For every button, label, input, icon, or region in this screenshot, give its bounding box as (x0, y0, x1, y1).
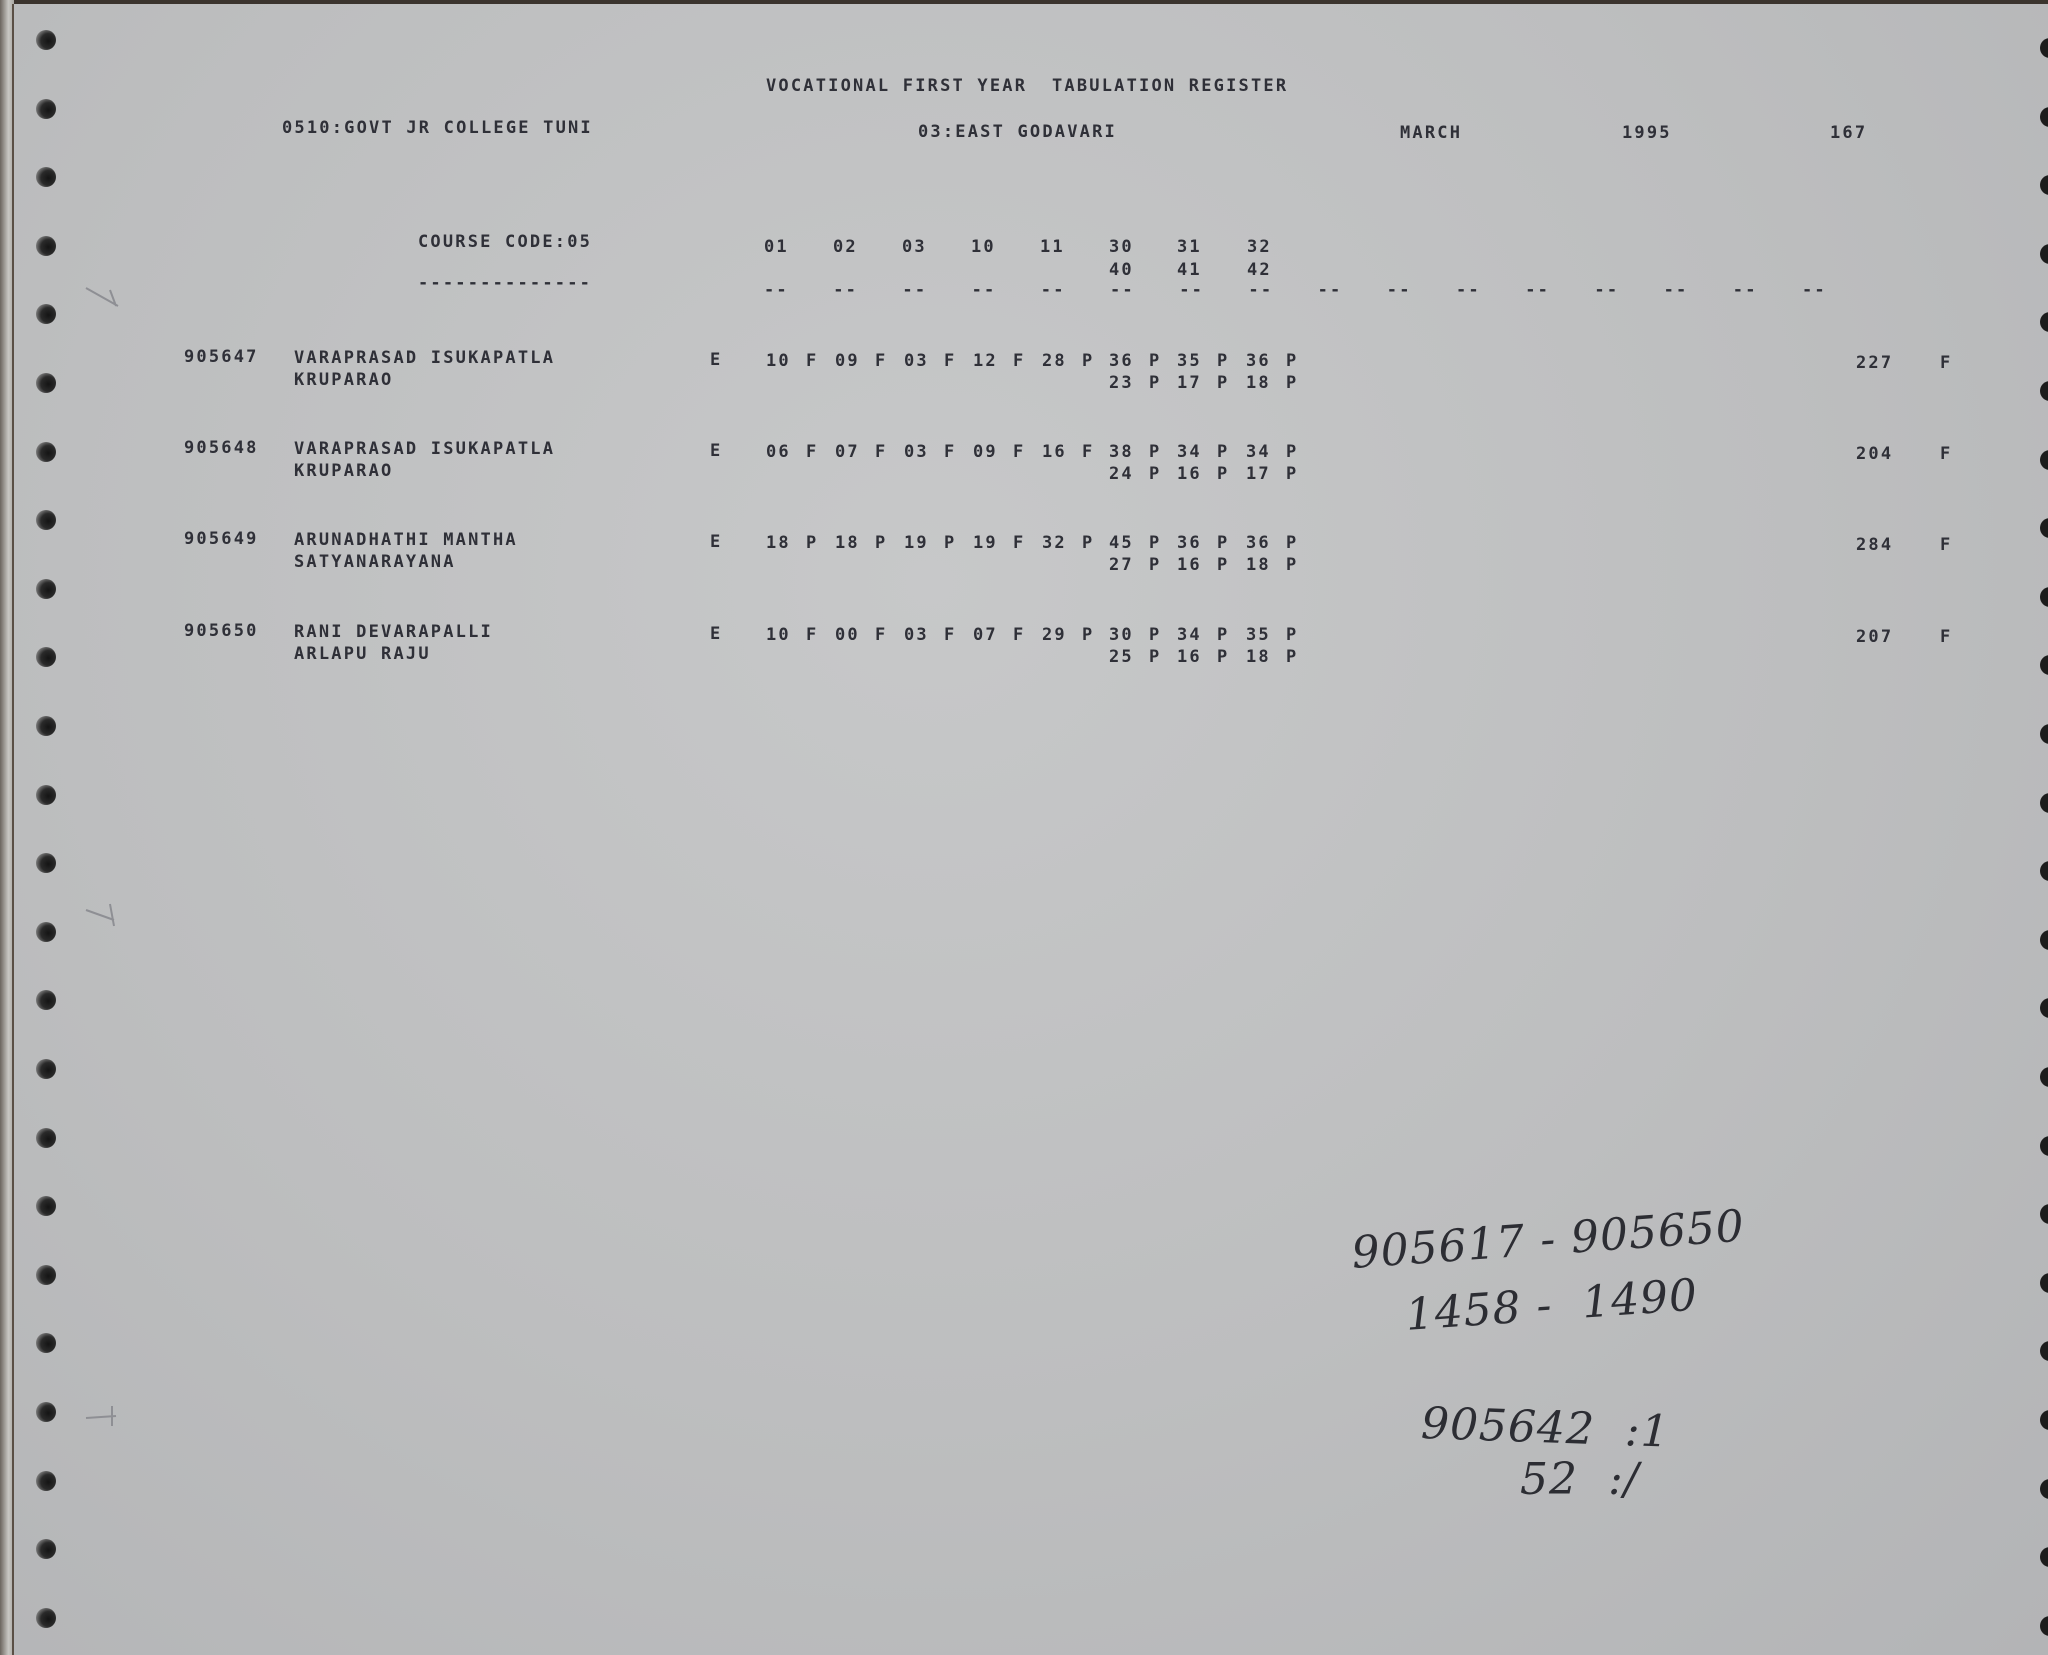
feed-hole (2040, 724, 2048, 744)
subject-mark: 34 (1246, 442, 1271, 462)
subject-mark: 35 (1177, 351, 1202, 371)
feed-hole (2040, 175, 2048, 195)
column-separator: -- (902, 280, 927, 300)
feed-hole (36, 167, 56, 187)
subject-result: P (1217, 625, 1229, 645)
subject-result: P (1286, 373, 1298, 393)
feed-hole (36, 510, 56, 530)
subject-mark: 07 (835, 442, 860, 462)
subject-result: P (1217, 373, 1229, 393)
subject-result: F (1013, 442, 1025, 462)
student-name: ARUNADHATHI MANTHA (294, 530, 518, 550)
subject-mark: 38 (1109, 442, 1134, 462)
subject-result: P (875, 533, 887, 553)
subject-code: 02 (833, 237, 858, 257)
feed-hole (36, 1402, 56, 1422)
subject-result: P (1149, 555, 1161, 575)
subject-result: P (1149, 533, 1161, 553)
district-name: 03:EAST GODAVARI (918, 122, 1117, 142)
course-code-underline: -------------- (418, 273, 592, 293)
subject-mark: 23 (1109, 373, 1134, 393)
feed-hole (36, 442, 56, 462)
subject-result: F (806, 442, 818, 462)
subject-mark: 18 (1246, 647, 1271, 667)
feed-hole (2040, 1204, 2048, 1224)
subject-result: P (1149, 464, 1161, 484)
feed-hole (2040, 244, 2048, 264)
student-name: VARAPRASAD ISUKAPATLA (294, 439, 555, 459)
subject-mark: 30 (1109, 625, 1134, 645)
subject-code: 41 (1177, 260, 1202, 280)
feed-hole (36, 579, 56, 599)
subject-result: F (944, 442, 956, 462)
subject-mark: 18 (1246, 555, 1271, 575)
subject-mark: 16 (1177, 464, 1202, 484)
feed-hole (36, 30, 56, 50)
handwritten-note-line2: 52 :/ (1520, 1454, 1640, 1505)
subject-code: 01 (764, 237, 789, 257)
column-separator: -- (972, 280, 997, 300)
father-name: SATYANARAYANA (294, 552, 456, 572)
total-marks: 204 (1856, 444, 1893, 464)
subject-code: 40 (1109, 260, 1134, 280)
feed-hole (2040, 930, 2048, 950)
subject-mark: 00 (835, 625, 860, 645)
subject-mark: 16 (1042, 442, 1067, 462)
subject-mark: 09 (973, 442, 998, 462)
column-separator: -- (833, 280, 858, 300)
subject-mark: 18 (766, 533, 791, 553)
feed-hole (2040, 312, 2048, 332)
father-name: KRUPARAO (294, 370, 393, 390)
subject-mark: 16 (1177, 647, 1202, 667)
subject-result: P (1149, 625, 1161, 645)
medium: E (710, 350, 722, 370)
subject-result: P (944, 533, 956, 553)
column-separator: -- (1110, 280, 1135, 300)
subject-result: F (875, 442, 887, 462)
subject-mark: 03 (904, 625, 929, 645)
subject-mark: 34 (1177, 625, 1202, 645)
subject-result: P (1217, 442, 1229, 462)
subject-code: 31 (1177, 237, 1202, 257)
subject-result: F (875, 625, 887, 645)
feed-hole (2040, 587, 2048, 607)
subject-mark: 36 (1246, 351, 1271, 371)
father-name: ARLAPU RAJU (294, 644, 431, 664)
column-separator: -- (1802, 280, 1827, 300)
handwritten-roll-range: 905617 - 905650 (1350, 1201, 1746, 1279)
column-separator: -- (1387, 280, 1412, 300)
subject-mark: 32 (1042, 533, 1067, 553)
column-separator: -- (1664, 280, 1689, 300)
feed-hole (36, 647, 56, 667)
roll-number: 905649 (184, 529, 259, 549)
subject-result: F (806, 351, 818, 371)
feed-hole (36, 716, 56, 736)
subject-mark: 10 (766, 351, 791, 371)
subject-mark: 03 (904, 442, 929, 462)
page-number: 167 (1830, 123, 1867, 143)
feed-hole (36, 853, 56, 873)
subject-mark: 35 (1246, 625, 1271, 645)
subject-result: P (1286, 351, 1298, 371)
roll-number: 905648 (184, 438, 259, 458)
medium: E (710, 624, 722, 644)
subject-mark: 24 (1109, 464, 1134, 484)
feed-hole (2040, 1479, 2048, 1499)
subject-mark: 36 (1246, 533, 1271, 553)
subject-result: P (1286, 533, 1298, 553)
subject-mark: 25 (1109, 647, 1134, 667)
feed-hole (2040, 450, 2048, 470)
feed-hole (2040, 1273, 2048, 1293)
subject-result: P (1149, 351, 1161, 371)
subject-result: P (1217, 464, 1229, 484)
pencil-mark (84, 902, 124, 932)
subject-result: P (1082, 351, 1094, 371)
student-name: RANI DEVARAPALLI (294, 622, 493, 642)
exam-month: MARCH (1400, 123, 1462, 143)
final-result: F (1940, 627, 1952, 647)
subject-mark: 17 (1177, 373, 1202, 393)
subject-result: P (1217, 555, 1229, 575)
feed-hole (36, 236, 56, 256)
subject-mark: 29 (1042, 625, 1067, 645)
roll-number: 905647 (184, 347, 259, 367)
subject-result: P (1149, 373, 1161, 393)
column-separator: -- (764, 280, 789, 300)
student-name: VARAPRASAD ISUKAPATLA (294, 348, 555, 368)
total-marks: 284 (1856, 535, 1893, 555)
medium: E (710, 532, 722, 552)
register-title: VOCATIONAL FIRST YEAR TABULATION REGISTE… (766, 76, 1288, 96)
subject-mark: 16 (1177, 555, 1202, 575)
column-separator: -- (1318, 280, 1343, 300)
subject-result: P (1286, 625, 1298, 645)
subject-code: 11 (1040, 237, 1065, 257)
subject-mark: 18 (835, 533, 860, 553)
subject-mark: 19 (973, 533, 998, 553)
subject-code: 32 (1247, 237, 1272, 257)
feed-hole (2040, 1547, 2048, 1567)
feed-hole (36, 1059, 56, 1079)
handwritten-number-range: 1458 - 1490 (1404, 1270, 1700, 1341)
subject-result: P (1149, 442, 1161, 462)
subject-result: P (1217, 351, 1229, 371)
feed-hole (36, 1196, 56, 1216)
feed-hole (36, 373, 56, 393)
feed-hole (2040, 1067, 2048, 1087)
subject-mark: 28 (1042, 351, 1067, 371)
subject-result: P (1082, 625, 1094, 645)
column-separator: -- (1456, 280, 1481, 300)
father-name: KRUPARAO (294, 461, 393, 481)
subject-code: 42 (1247, 260, 1272, 280)
subject-mark: 36 (1177, 533, 1202, 553)
feed-hole (2040, 381, 2048, 401)
feed-hole (36, 1128, 56, 1148)
pencil-mark (84, 1402, 124, 1432)
subject-mark: 36 (1109, 351, 1134, 371)
subject-mark: 19 (904, 533, 929, 553)
column-separator: -- (1179, 280, 1204, 300)
subject-result: P (1217, 533, 1229, 553)
feed-hole (2040, 518, 2048, 538)
subject-mark: 17 (1246, 464, 1271, 484)
feed-hole (2040, 998, 2048, 1018)
subject-result: F (1082, 442, 1094, 462)
subject-result: P (1217, 647, 1229, 667)
final-result: F (1940, 535, 1952, 555)
college-name: 0510:GOVT JR COLLEGE TUNI (282, 118, 593, 138)
column-separator: -- (1248, 280, 1273, 300)
subject-code: 03 (902, 237, 927, 257)
feed-hole (2040, 655, 2048, 675)
subject-result: P (1286, 464, 1298, 484)
subject-result: P (806, 533, 818, 553)
feed-hole (2040, 1410, 2048, 1430)
subject-result: P (1286, 555, 1298, 575)
feed-hole (36, 1608, 56, 1628)
feed-hole (2040, 1136, 2048, 1156)
subject-code: 30 (1109, 237, 1134, 257)
exam-year: 1995 (1622, 123, 1672, 143)
subject-code: 10 (971, 237, 996, 257)
subject-result: F (944, 351, 956, 371)
medium: E (710, 441, 722, 461)
course-code: COURSE CODE:05 (418, 232, 592, 252)
roll-number: 905650 (184, 621, 259, 641)
subject-result: P (1286, 442, 1298, 462)
subject-mark: 06 (766, 442, 791, 462)
column-separator: -- (1041, 280, 1066, 300)
column-separator: -- (1733, 280, 1758, 300)
feed-hole (36, 1333, 56, 1353)
final-result: F (1940, 353, 1952, 373)
subject-result: P (1286, 647, 1298, 667)
subject-mark: 03 (904, 351, 929, 371)
subject-result: F (1013, 351, 1025, 371)
handwritten-note-line1: 905642 :1 (1420, 1398, 1670, 1458)
subject-mark: 07 (973, 625, 998, 645)
subject-result: F (806, 625, 818, 645)
column-separator: -- (1525, 280, 1550, 300)
subject-mark: 45 (1109, 533, 1134, 553)
feed-hole (36, 990, 56, 1010)
total-marks: 227 (1856, 353, 1893, 373)
tabulation-sheet: VOCATIONAL FIRST YEAR TABULATION REGISTE… (12, 4, 2048, 1655)
subject-mark: 18 (1246, 373, 1271, 393)
subject-result: P (1082, 533, 1094, 553)
subject-mark: 09 (835, 351, 860, 371)
feed-hole (36, 1265, 56, 1285)
subject-mark: 27 (1109, 555, 1134, 575)
feed-hole (2040, 861, 2048, 881)
feed-hole (36, 785, 56, 805)
feed-hole (36, 99, 56, 119)
pencil-mark (84, 284, 124, 314)
subject-result: F (1013, 625, 1025, 645)
feed-hole (2040, 1341, 2048, 1361)
feed-hole (36, 1471, 56, 1491)
feed-hole (36, 1539, 56, 1559)
feed-hole (2040, 107, 2048, 127)
column-separator: -- (1594, 280, 1619, 300)
subject-mark: 34 (1177, 442, 1202, 462)
feed-hole (2040, 38, 2048, 58)
subject-result: F (1013, 533, 1025, 553)
subject-mark: 10 (766, 625, 791, 645)
subject-result: F (875, 351, 887, 371)
feed-hole (36, 922, 56, 942)
subject-mark: 12 (973, 351, 998, 371)
subject-result: P (1149, 647, 1161, 667)
feed-hole (2040, 793, 2048, 813)
final-result: F (1940, 444, 1952, 464)
subject-result: F (944, 625, 956, 645)
total-marks: 207 (1856, 627, 1893, 647)
feed-hole (36, 304, 56, 324)
feed-hole (2040, 1616, 2048, 1636)
